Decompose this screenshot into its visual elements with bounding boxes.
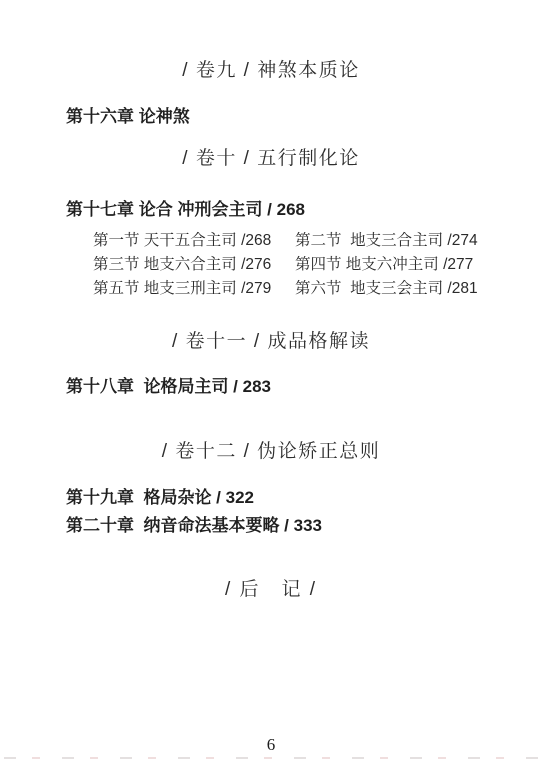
- chapter-16-title: 第十六章 论神煞: [66, 107, 190, 127]
- scan-edge-artifact: [4, 757, 538, 759]
- chapter-17-section-list: 第一节 天干五合主司 /268 第二节 地支三合主司 /274 第三节 地支六合…: [93, 229, 478, 301]
- afterword-heading: / 后 记 /: [0, 574, 542, 601]
- section-entry-6: 第六节 地支三会主司 /281: [295, 277, 478, 301]
- section-entry-3: 第三节 地支六合主司 /276: [93, 253, 295, 277]
- volume-9-heading: / 卷九 / 神煞本质论: [0, 60, 542, 82]
- volume-12-heading: / 卷十二 / 伪论矫正总则: [0, 441, 542, 463]
- page-number: 6: [0, 735, 542, 755]
- section-entry-2: 第二节 地支三合主司 /274: [295, 229, 478, 253]
- chapter-18-title: 第十八章 论格局主司 / 283: [66, 377, 271, 397]
- toc-page: / 卷九 / 神煞本质论 第十六章 论神煞 / 卷十 / 五行制化论 第十七章 …: [0, 0, 542, 763]
- volume-10-heading: / 卷十 / 五行制化论: [0, 148, 542, 170]
- chapter-20-title: 第二十章 纳音命法基本要略 / 333: [66, 516, 322, 536]
- section-entry-5: 第五节 地支三刑主司 /279: [93, 277, 295, 301]
- section-entry-4: 第四节 地支六冲主司 /277: [295, 253, 478, 277]
- chapter-19-title: 第十九章 格局杂论 / 322: [66, 488, 254, 508]
- chapter-17-title: 第十七章 论合 冲刑会主司 / 268: [66, 200, 305, 220]
- section-entry-1: 第一节 天干五合主司 /268: [93, 229, 295, 253]
- volume-11-heading: / 卷十一 / 成品格解读: [0, 331, 542, 353]
